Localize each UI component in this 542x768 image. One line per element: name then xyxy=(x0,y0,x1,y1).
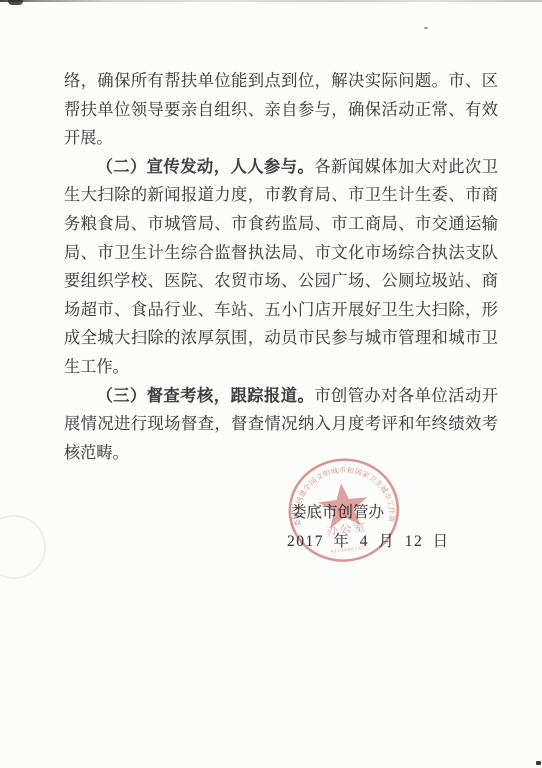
seal-serial-number: 4313000157 xyxy=(330,545,365,553)
scan-speck xyxy=(536,761,541,765)
document-body: 络，确保所有帮扶单位能到点到位，解决实际问题。市、区帮扶单位领导要亲自组织、亲自… xyxy=(64,67,498,467)
paragraph-heading: （三）督查考核，跟踪报道。 xyxy=(96,387,314,405)
body-text-line: 局、市卫生计生综合监督执法局、市文化市场综合执法支队 xyxy=(64,239,498,268)
body-text-line: 展情况进行现场督查，督查情况纳入月度考评和年终绩效考 xyxy=(64,410,498,439)
body-text-line: 场超市、食品行业、车站、五小门店开展好卫生大扫除，形 xyxy=(64,296,498,325)
body-text-line: 成全城大扫除的浓厚氛围，动员市民参与城市管理和城市卫 xyxy=(64,324,498,353)
document-page: 络，确保所有帮扶单位能到点到位，解决实际问题。市、区帮扶单位领导要亲自组织、亲自… xyxy=(0,0,542,768)
body-text-line: 开展。 xyxy=(64,124,498,153)
scan-smudge-mark xyxy=(8,0,23,5)
body-text-line: （二）宣传发动，人人参与。各新闻媒体加大对此次卫 xyxy=(64,153,498,182)
paper-fold-mark xyxy=(0,506,55,588)
body-text-line: 生工作。 xyxy=(64,353,498,382)
body-text-line: 要组织学校、医院、农贸市场、公园广场、公厕垃圾站、商 xyxy=(64,267,498,296)
body-text-line: 生大扫除的新闻报道力度，市教育局、市卫生计生委、市商 xyxy=(64,181,498,210)
body-text-line: （三）督查考核，跟踪报道。市创管办对各单位活动开 xyxy=(64,382,498,411)
body-text-line: 务粮食局、市城管局、市食药监局、市工商局、市交通运输 xyxy=(64,210,498,239)
body-text-line: 络，确保所有帮扶单位能到点到位，解决实际问题。市、区 xyxy=(64,67,498,96)
scan-edge-artifact xyxy=(0,0,542,2)
body-text-line: 帮扶单位领导要亲自组织、亲自参与，确保活动正常、有效 xyxy=(64,96,498,125)
scan-speck xyxy=(424,27,428,29)
paragraph-heading: （二）宣传发动，人人参与。 xyxy=(96,158,314,176)
official-red-seal: 娄底市创建全国文明城市和国家卫生城市工作领导小组 办公室 4313000157 xyxy=(278,450,409,574)
